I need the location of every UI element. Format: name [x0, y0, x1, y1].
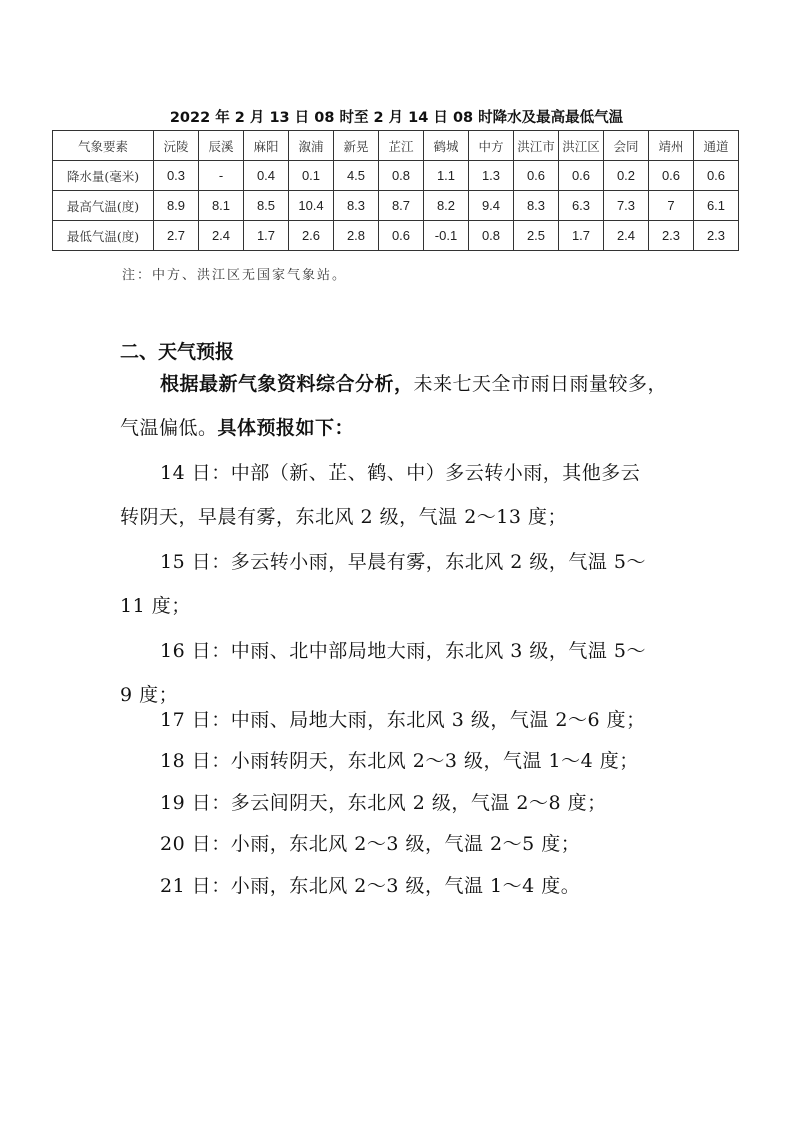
header-cell: 洪江区 [559, 131, 604, 161]
table-cell: 0.2 [604, 161, 649, 191]
table-cell: 8.3 [514, 191, 559, 221]
table-cell: 7 [649, 191, 694, 221]
table-cell: 8.3 [334, 191, 379, 221]
header-cell: 芷江 [379, 131, 424, 161]
table-row-precipitation: 降水量(毫米) 0.3 - 0.4 0.1 4.5 0.8 1.1 1.3 0.… [53, 161, 739, 191]
table-cell: 1.7 [244, 221, 289, 251]
table-cell: 0.6 [559, 161, 604, 191]
row-label: 降水量(毫米) [53, 161, 154, 191]
row-label: 最高气温(度) [53, 191, 154, 221]
table-header-row: 气象要素 沅陵 辰溪 麻阳 溆浦 新晃 芷江 鹤城 中方 洪江市 洪江区 会同 … [53, 131, 739, 161]
forecast-day-14-line1: 14 日：中部（新、芷、鹤、中）多云转小雨，其他多云 [160, 458, 640, 485]
table-cell: 0.6 [379, 221, 424, 251]
header-cell: 气象要素 [53, 131, 154, 161]
table-cell: 0.4 [244, 161, 289, 191]
header-cell: 中方 [469, 131, 514, 161]
forecast-day-14-line2: 转阴天，早晨有雾，东北风 2 级，气温 2～13 度； [120, 502, 567, 529]
table-note: 注：中方、洪江区无国家气象站。 [122, 264, 347, 283]
table-cell: 2.3 [649, 221, 694, 251]
forecast-day-16-line1: 16 日：中雨、北中部局地大雨，东北风 3 级，气温 5～ [160, 636, 646, 663]
table-cell: 10.4 [289, 191, 334, 221]
forecast-day-21: 21 日：小雨，东北风 2～3 级，气温 1～4 度。 [160, 871, 580, 898]
header-cell: 辰溪 [199, 131, 244, 161]
header-cell: 新晃 [334, 131, 379, 161]
table-cell: 2.4 [199, 221, 244, 251]
table-cell: 0.6 [694, 161, 739, 191]
forecast-day-20: 20 日：小雨，东北风 2～3 级，气温 2～5 度； [160, 829, 580, 856]
forecast-day-15-line2: 11 度； [120, 591, 191, 618]
table-title: 2022 年 2 月 13 日 08 时至 2 月 14 日 08 时降水及最高… [0, 106, 793, 127]
header-cell: 靖州 [649, 131, 694, 161]
header-cell: 洪江市 [514, 131, 559, 161]
table-cell: 2.7 [154, 221, 199, 251]
table-row-max-temp: 最高气温(度) 8.9 8.1 8.5 10.4 8.3 8.7 8.2 9.4… [53, 191, 739, 221]
table-cell: 8.1 [199, 191, 244, 221]
header-cell: 沅陵 [154, 131, 199, 161]
table-cell: 2.3 [694, 221, 739, 251]
intro-bold-summary: 根据最新气象资料综合分析， [160, 373, 414, 395]
table-cell: -0.1 [424, 221, 469, 251]
intro-bold-heading: 具体预报如下： [218, 417, 355, 439]
forecast-day-18: 18 日：小雨转阴天，东北风 2～3 级，气温 1～4 度； [160, 746, 639, 773]
table-cell: 2.4 [604, 221, 649, 251]
table-cell: 2.8 [334, 221, 379, 251]
forecast-day-19: 19 日：多云间阴天，东北风 2 级，气温 2～8 度； [160, 788, 607, 815]
table-cell: 8.9 [154, 191, 199, 221]
table-cell: 2.5 [514, 221, 559, 251]
table-cell: 1.7 [559, 221, 604, 251]
header-cell: 溆浦 [289, 131, 334, 161]
table-cell: 7.3 [604, 191, 649, 221]
table-cell: 4.5 [334, 161, 379, 191]
forecast-day-16-line2: 9 度； [120, 680, 178, 707]
table-cell: 0.8 [379, 161, 424, 191]
table-cell: - [199, 161, 244, 191]
forecast-intro: 根据最新气象资料综合分析，未来七天全市雨日雨量较多，气温偏低。具体预报如下： [120, 362, 680, 450]
table-cell: 0.3 [154, 161, 199, 191]
table-cell: 0.1 [289, 161, 334, 191]
table-cell: 6.3 [559, 191, 604, 221]
table-cell: 2.6 [289, 221, 334, 251]
header-cell: 会同 [604, 131, 649, 161]
table-cell: 9.4 [469, 191, 514, 221]
header-cell: 通道 [694, 131, 739, 161]
table-cell: 8.5 [244, 191, 289, 221]
forecast-day-15-line1: 15 日：多云转小雨，早晨有雾，东北风 2 级，气温 5～ [160, 547, 646, 574]
header-cell: 鹤城 [424, 131, 469, 161]
table-cell: 8.7 [379, 191, 424, 221]
row-label: 最低气温(度) [53, 221, 154, 251]
forecast-day-17: 17 日：中雨、局地大雨，东北风 3 级，气温 2～6 度； [160, 705, 646, 732]
weather-table: 气象要素 沅陵 辰溪 麻阳 溆浦 新晃 芷江 鹤城 中方 洪江市 洪江区 会同 … [52, 130, 739, 251]
table-cell: 0.8 [469, 221, 514, 251]
table-cell: 0.6 [649, 161, 694, 191]
table-cell: 6.1 [694, 191, 739, 221]
table-cell: 8.2 [424, 191, 469, 221]
table-row-min-temp: 最低气温(度) 2.7 2.4 1.7 2.6 2.8 0.6 -0.1 0.8… [53, 221, 739, 251]
table-cell: 0.6 [514, 161, 559, 191]
section-title: 二、天气预报 [120, 337, 234, 364]
header-cell: 麻阳 [244, 131, 289, 161]
table-cell: 1.3 [469, 161, 514, 191]
table-cell: 1.1 [424, 161, 469, 191]
